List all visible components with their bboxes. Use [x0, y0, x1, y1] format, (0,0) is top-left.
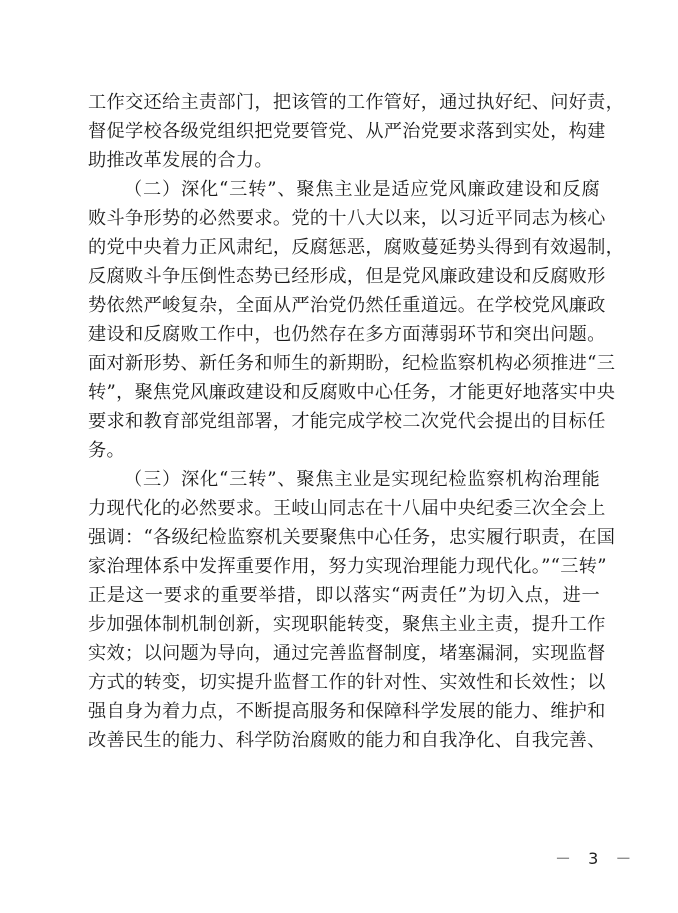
text-line: 家治理体系中发挥重要作用，努力实现治理能力现代化。”“三转” — [88, 552, 600, 581]
text-line: 务。 — [88, 436, 600, 465]
text-line: 步加强体制机制创新，实现职能转变，聚焦主业主责，提升工作 — [88, 610, 600, 639]
text-line: 力现代化的必然要求。王岐山同志在十八届中央纪委三次全会上 — [88, 494, 600, 523]
text-line: 势依然严峻复杂，全面从严治党仍然任重道远。在学校党风廉政 — [88, 291, 600, 320]
text-line: 败斗争形势的必然要求。党的十八大以来，以习近平同志为核心 — [88, 204, 600, 233]
text-line: 改善民生的能力、科学防治腐败的能力和自我净化、自我完善、 — [88, 726, 600, 755]
text-line: （三）深化“三转”、聚焦主业是实现纪检监察机构治理能 — [88, 465, 600, 494]
text-line: 助推改革发展的合力。 — [88, 146, 600, 175]
text-line: 工作交还给主责部门，把该管的工作管好，通过执好纪、问好责， — [88, 88, 600, 117]
text-line: 强自身为着力点，不断提高服务和保障科学发展的能力、维护和 — [88, 697, 600, 726]
text-line: 实效；以问题为导向，通过完善监督制度，堵塞漏洞，实现监督 — [88, 639, 600, 668]
page-number: － 3 － — [555, 846, 637, 869]
text-line: 要求和教育部党组部署，才能完成学校二次党代会提出的目标任 — [88, 407, 600, 436]
text-line: 强调：“各级纪检监察机关要聚焦中心任务，忠实履行职责，在国 — [88, 523, 600, 552]
body-text: 工作交还给主责部门，把该管的工作管好，通过执好纪、问好责，督促学校各级党组织把党… — [88, 88, 600, 755]
text-line: 反腐败斗争压倒性态势已经形成，但是党风廉政建设和反腐败形 — [88, 262, 600, 291]
document-page: 工作交还给主责部门，把该管的工作管好，通过执好纪、问好责，督促学校各级党组织把党… — [0, 0, 678, 913]
text-line: 转”，聚焦党风廉政建设和反腐败中心任务，才能更好地落实中央 — [88, 378, 600, 407]
text-line: 方式的转变，切实提升监督工作的针对性、实效性和长效性；以 — [88, 668, 600, 697]
text-line: 面对新形势、新任务和师生的新期盼，纪检监察机构必须推进“三 — [88, 349, 600, 378]
text-line: 正是这一要求的重要举措，即以落实“两责任”为切入点，进一 — [88, 581, 600, 610]
text-line: 建设和反腐败工作中，也仍然存在多方面薄弱环节和突出问题。 — [88, 320, 600, 349]
text-line: （二）深化“三转”、聚焦主业是适应党风廉政建设和反腐 — [88, 175, 600, 204]
text-line: 督促学校各级党组织把党要管党、从严治党要求落到实处，构建 — [88, 117, 600, 146]
text-line: 的党中央着力正风肃纪，反腐惩恶，腐败蔓延势头得到有效遏制， — [88, 233, 600, 262]
